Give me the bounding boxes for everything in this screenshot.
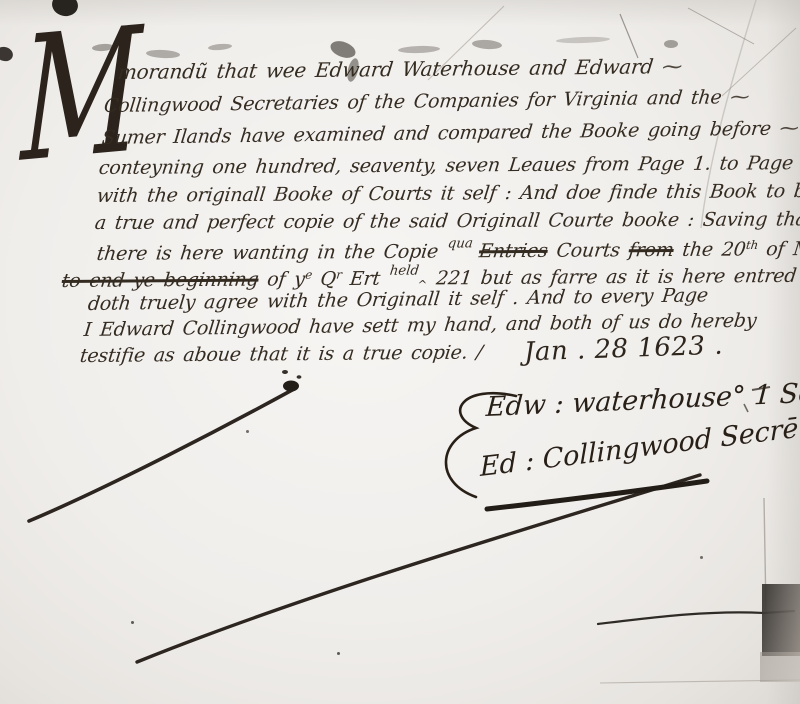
text-segment: qua (447, 236, 481, 251)
ink-blob (283, 381, 299, 392)
text-segment: ⁓ (661, 54, 685, 78)
ink-speck (700, 556, 703, 559)
text-segment: Ert (340, 268, 390, 290)
text-segment: Courts (546, 239, 630, 262)
text-segment: Q (310, 268, 337, 290)
text-segment: the 20 (672, 238, 747, 261)
manuscript-line-6: a true and perfect copie of the said Ori… (94, 208, 800, 234)
edge-light-patch (760, 652, 800, 682)
manuscript-line-7: there is here wanting in the Copie qua E… (95, 233, 800, 265)
signature-underline (487, 481, 707, 509)
struck-text: from (628, 239, 675, 261)
text-segment: ⁓ (779, 117, 800, 139)
ink-speck (131, 621, 134, 624)
struck-text: to end ye beginning (61, 269, 260, 292)
text-segment: testifie as aboue that it is a true copi… (79, 341, 484, 367)
text-segment: ⁓ (729, 86, 751, 108)
ink-speck (337, 652, 340, 655)
scratch-line (688, 8, 754, 44)
text-segment: there is here wanting in the Copie (95, 241, 448, 265)
pen-stroke-upper (29, 389, 294, 521)
edge-dark-patch (762, 584, 800, 656)
pen-stroke-lower (137, 475, 700, 662)
ink-speck (282, 370, 288, 374)
struck-text: Entries (478, 240, 549, 262)
text-segment: of y (257, 268, 306, 290)
manuscript-photo: M morandũ that wee Edward Waterhouse and… (0, 0, 800, 704)
text-segment: of May 1620 (756, 237, 800, 260)
manuscript-line-11: testifie as aboue that it is a true copi… (79, 341, 484, 367)
text-segment: held (389, 264, 420, 279)
ink-speck (297, 375, 302, 379)
top-smudge (664, 40, 678, 48)
text-segment: a true and perfect copie of the said Ori… (94, 208, 800, 234)
ink-speck (246, 430, 249, 433)
scratch-line (620, 14, 638, 58)
